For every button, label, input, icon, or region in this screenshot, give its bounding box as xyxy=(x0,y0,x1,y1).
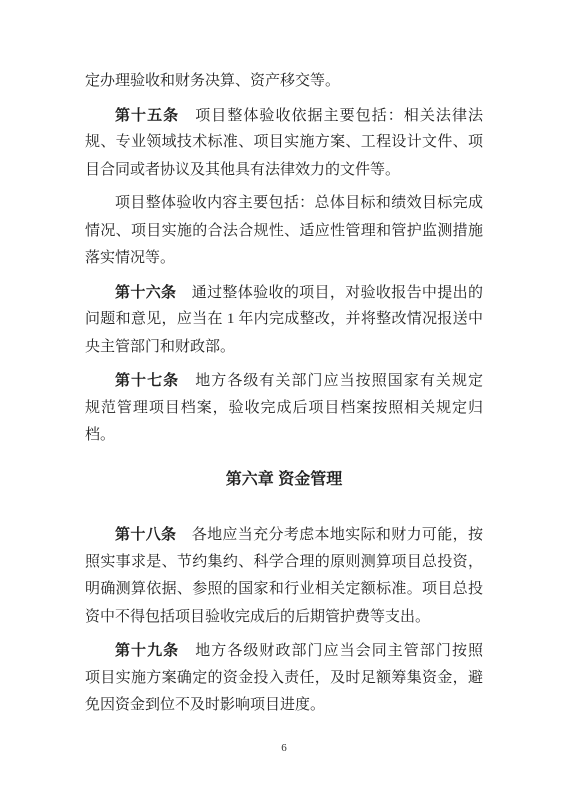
text-line: 情况、项目实施的合法合规性、适应性管理和管护监测措施 xyxy=(85,218,483,246)
document-page: 定办理验收和财务决算、资产移交等。第十五条 项目整体验收依据主要包括：相关法律法… xyxy=(0,0,568,802)
body-text: 照实事求是、节约集约、科学合理的原则测算项目总投资， xyxy=(85,554,483,570)
body-text: 定办理验收和财务决算、资产移交等。 xyxy=(85,73,340,89)
article-number-text: 第十七条 xyxy=(115,372,179,389)
body-text: 资中不得包括项目验收完成后的后期管护费等支出。 xyxy=(85,609,430,625)
text-line: 第十七条 地方各级有关部门应当按照国家有关规定 xyxy=(85,367,483,395)
paragraph: 第十六条 通过整体验收的项目，对验收报告中提出的问题和意见，应当在 1 年内完成… xyxy=(85,279,483,362)
body-text: 明确测算依据、参照的国家和行业相关定额标准。项目总投 xyxy=(85,581,483,597)
text-line: 项目整体验收内容主要包括：总体目标和绩效目标完成 xyxy=(85,190,483,218)
text-line: 第六章 资金管理 xyxy=(85,466,483,494)
paragraph: 项目整体验收内容主要包括：总体目标和绩效目标完成情况、项目实施的合法合规性、适应… xyxy=(85,190,483,273)
body-text: 情况、项目实施的合法合规性、适应性管理和管护监测措施 xyxy=(85,223,483,239)
body-text: 落实情况等。 xyxy=(85,250,175,266)
text-line: 资中不得包括项目验收完成后的后期管护费等支出。 xyxy=(85,604,483,632)
text-line: 档。 xyxy=(85,422,483,450)
text-line: 第十六条 通过整体验收的项目，对验收报告中提出的 xyxy=(85,279,483,307)
article-number-text: 第十六条 xyxy=(115,284,176,301)
text-line: 第十五条 项目整体验收依据主要包括：相关法律法 xyxy=(85,102,483,130)
text-line: 规范管理项目档案，验收完成后项目档案按照相关规定归 xyxy=(85,395,483,423)
paragraph: 定办理验收和财务决算、资产移交等。 xyxy=(85,68,483,96)
body-text: 央主管部门和财政部。 xyxy=(85,339,235,355)
article-number-text: 第十五条 xyxy=(115,107,179,124)
text-line: 问题和意见，应当在 1 年内完成整改，并将整改情况报送中 xyxy=(85,306,483,334)
text-line: 免因资金到位不及时影响项目进度。 xyxy=(85,692,483,720)
chapter-heading: 第六章 资金管理 xyxy=(85,466,483,494)
page-number: 6 xyxy=(0,740,568,756)
article-number-text: 第十八条 xyxy=(115,526,176,543)
text-line: 规、专业领域技术标准、项目实施方案、工程设计文件、项 xyxy=(85,129,483,157)
body-text: 规、专业领域技术标准、项目实施方案、工程设计文件、项 xyxy=(85,134,483,150)
document-content: 定办理验收和财务决算、资产移交等。第十五条 项目整体验收依据主要包括：相关法律法… xyxy=(85,68,483,720)
body-text: 档。 xyxy=(85,427,115,443)
body-text: 项目实施方案确定的资金投入责任，及时足额筹集资金，避 xyxy=(85,670,483,686)
paragraph: 第十七条 地方各级有关部门应当按照国家有关规定规范管理项目档案，验收完成后项目档… xyxy=(85,367,483,450)
body-text: 项目整体验收依据主要包括：相关法律法 xyxy=(179,108,483,124)
paragraph: 第十九条 地方各级财政部门应当会同主管部门按照项目实施方案确定的资金投入责任，及… xyxy=(85,637,483,720)
text-line: 照实事求是、节约集约、科学合理的原则测算项目总投资， xyxy=(85,549,483,577)
text-line: 落实情况等。 xyxy=(85,245,483,273)
text-line: 定办理验收和财务决算、资产移交等。 xyxy=(85,68,483,96)
text-line: 第十八条 各地应当充分考虑本地实际和财力可能，按 xyxy=(85,521,483,549)
article-number-text: 第六章 资金管理 xyxy=(226,471,342,488)
body-text: 项目整体验收内容主要包括：总体目标和绩效目标完成 xyxy=(115,195,483,211)
paragraph: 第十五条 项目整体验收依据主要包括：相关法律法规、专业领域技术标准、项目实施方案… xyxy=(85,102,483,185)
text-line: 第十九条 地方各级财政部门应当会同主管部门按照 xyxy=(85,637,483,665)
body-text: 各地应当充分考虑本地实际和财力可能，按 xyxy=(176,527,483,543)
body-text: 免因资金到位不及时影响项目进度。 xyxy=(85,697,325,713)
body-text: 问题和意见，应当在 1 年内完成整改，并将整改情况报送中 xyxy=(85,311,483,327)
text-line: 目合同或者协议及其他具有法律效力的文件等。 xyxy=(85,157,483,185)
body-text: 地方各级财政部门应当会同主管部门按照 xyxy=(179,643,483,659)
body-text: 规范管理项目档案，验收完成后项目档案按照相关规定归 xyxy=(85,400,483,416)
paragraph: 第十八条 各地应当充分考虑本地实际和财力可能，按照实事求是、节约集约、科学合理的… xyxy=(85,521,483,631)
body-text: 目合同或者协议及其他具有法律效力的文件等。 xyxy=(85,162,400,178)
body-text: 地方各级有关部门应当按照国家有关规定 xyxy=(179,373,483,389)
text-line: 央主管部门和财政部。 xyxy=(85,334,483,362)
text-line: 项目实施方案确定的资金投入责任，及时足额筹集资金，避 xyxy=(85,665,483,693)
body-text: 通过整体验收的项目，对验收报告中提出的 xyxy=(176,285,483,301)
article-number-text: 第十九条 xyxy=(115,642,179,659)
text-line: 明确测算依据、参照的国家和行业相关定额标准。项目总投 xyxy=(85,576,483,604)
